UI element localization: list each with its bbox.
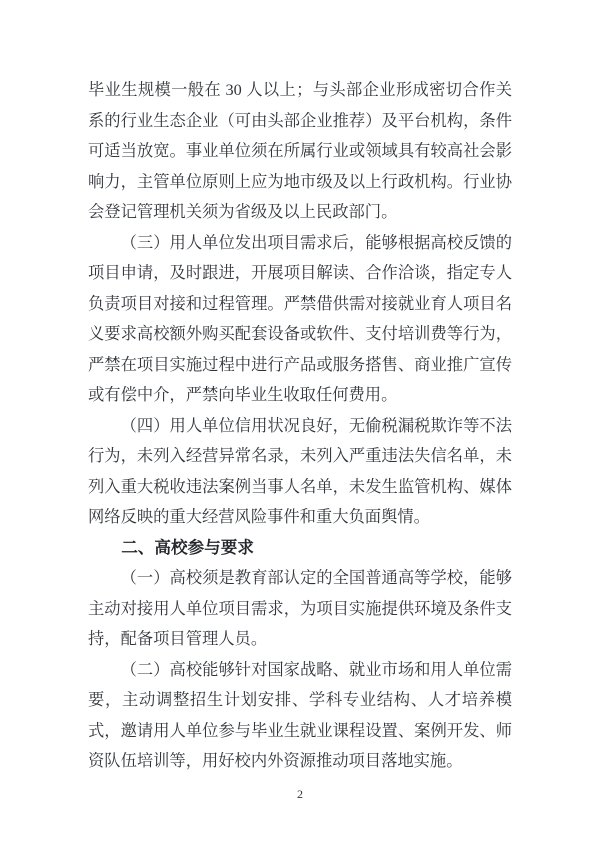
para-item-3: （三）用人单位发出项目需求后，能够根据高校反馈的项目申请，及时跟进，开展项目解读… xyxy=(88,228,512,411)
document-body: 毕业生规模一般在 30 人以上；与头部企业形成密切合作关系的行业生态企业（可由头… xyxy=(88,75,512,777)
para-item-2: （二）高校能够针对国家战略、就业市场和用人单位需要，主动调整招生计划安排、学科专… xyxy=(88,655,512,777)
para-employer-scale-continuation: 毕业生规模一般在 30 人以上；与头部企业形成密切合作关系的行业生态企业（可由头… xyxy=(88,75,512,228)
para-item-4: （四）用人单位信用状况良好，无偷税漏税欺诈等不法行为，未列入经营异常名录，未列入… xyxy=(88,411,512,533)
document-page: 毕业生规模一般在 30 人以上；与头部企业形成密切合作关系的行业生态企业（可由头… xyxy=(0,0,600,853)
heading-section-2: 二、高校参与要求 xyxy=(88,533,512,564)
page-number: 2 xyxy=(0,787,600,801)
para-item-1: （一）高校须是教育部认定的全国普通高等学校，能够主动对接用人单位项目需求，为项目… xyxy=(88,563,512,655)
